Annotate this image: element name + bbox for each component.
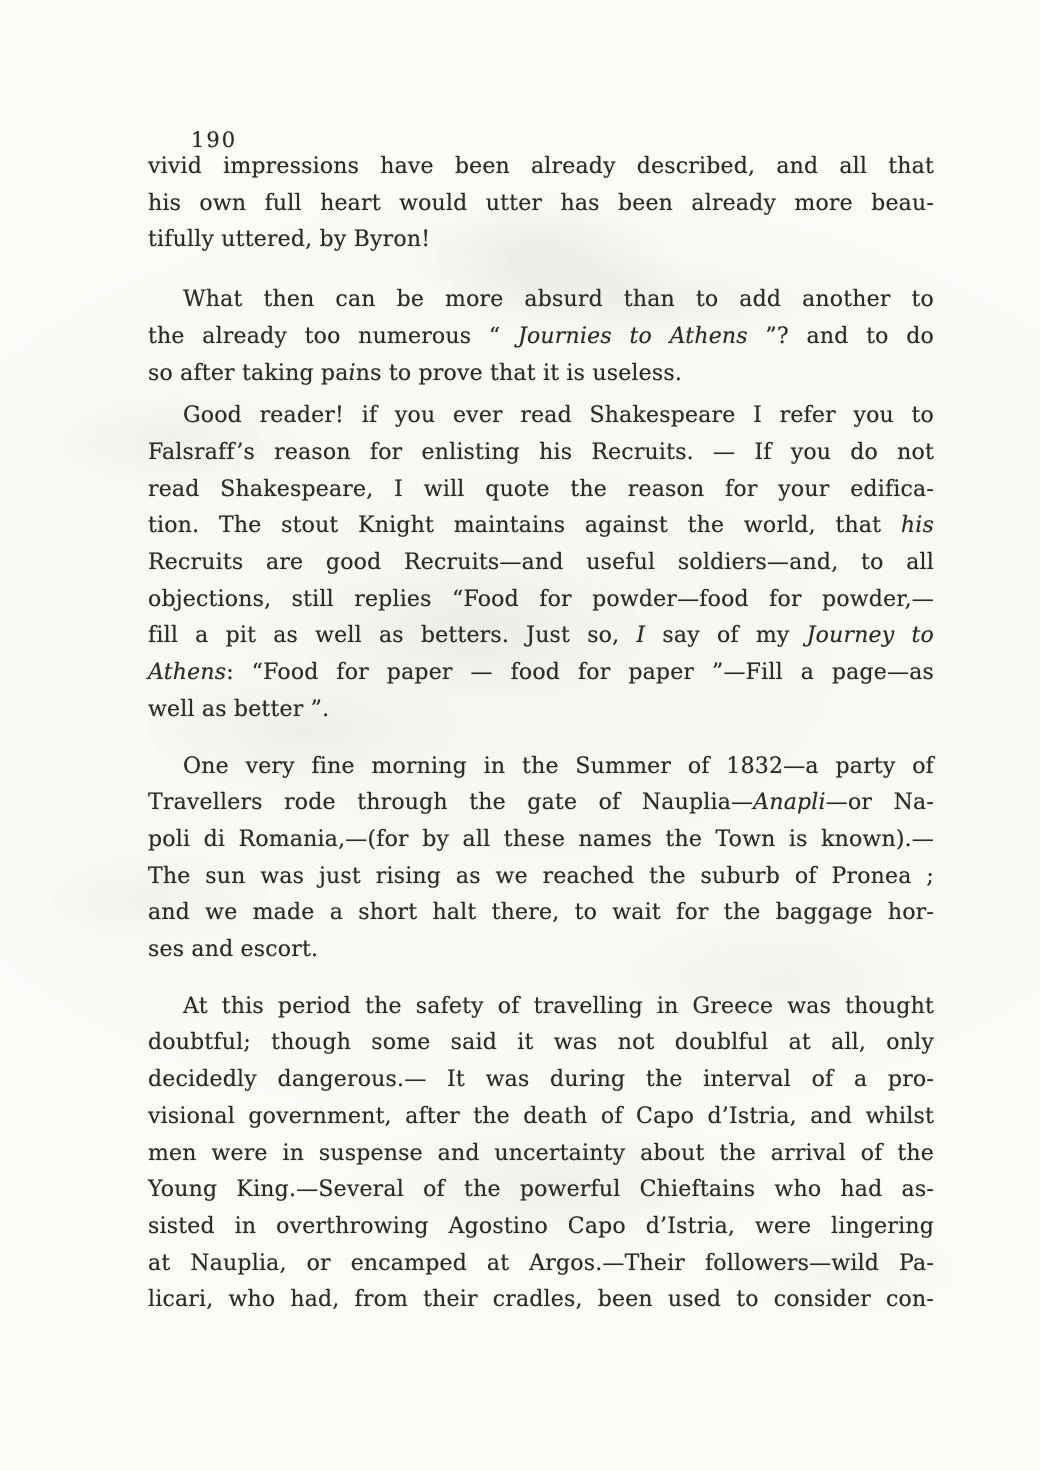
text-line: One very fine morning in the Summer of 1… [148, 749, 934, 786]
text-line: poli di Romania,—(for by all these names… [148, 822, 934, 859]
text-line: so after taking pains to prove that it i… [148, 356, 934, 393]
text-line: at Nauplia, or encamped at Argos.—Their … [148, 1246, 934, 1283]
text-segment: I [636, 623, 645, 648]
text-line: his own full heart would utter has been … [148, 186, 934, 223]
document-page: 190 vivid impressions have been already … [0, 0, 1040, 1471]
text-line: objections, still replies “Food for powd… [148, 582, 934, 619]
text-segment: i [349, 361, 356, 386]
text-segment: visional government, after the death of … [148, 1104, 934, 1129]
text-line: tifully uttered, by Byron! [148, 222, 934, 259]
text-segment: doubtful; though some said it was not do… [148, 1030, 934, 1055]
text-line: Travellers rode through the gate of Naup… [148, 785, 934, 822]
text-segment: vivid impressions have been already desc… [148, 154, 934, 179]
text-line: licari, who had, from their cradles, bee… [148, 1282, 934, 1319]
text-block: vivid impressions have been already desc… [148, 149, 934, 1319]
text-segment: tifully uttered, by Byron! [148, 227, 430, 252]
text-segment: and we made a short halt there, to wait … [148, 900, 934, 925]
text-segment: ns to prove that it is useless. [356, 361, 682, 386]
text-line: ses and escort. [148, 932, 934, 969]
paragraph: What then can be more absurd than to add… [148, 282, 934, 392]
text-line: What then can be more absurd than to add… [148, 282, 934, 319]
text-segment: licari, who had, from their cradles, bee… [148, 1287, 934, 1312]
text-line: Recruits are good Recruits—and useful so… [148, 545, 934, 582]
text-line: doubtful; though some said it was not do… [148, 1025, 934, 1062]
text-line: read Shakespeare, I will quote the reaso… [148, 472, 934, 509]
text-segment: well as better ”. [148, 697, 329, 722]
text-line: At this period the safety of travelling … [148, 989, 934, 1026]
text-segment: poli di Romania,—(for by all these names… [148, 827, 934, 852]
text-segment: say of my [645, 623, 806, 648]
text-line: Falsraff’s reason for enlisting his Recr… [148, 435, 934, 472]
paragraph: At this period the safety of travelling … [148, 989, 934, 1319]
text-line: decidedly dangerous.— It was during the … [148, 1062, 934, 1099]
text-line: the already too numerous “ Journies to A… [148, 319, 934, 356]
text-segment: his own full heart would utter has been … [148, 191, 934, 216]
paragraph: Good reader! if you ever read Shakespear… [148, 398, 934, 728]
text-segment: Journies to Athens [518, 324, 748, 349]
text-segment: read Shakespeare, I will quote the reaso… [148, 477, 934, 502]
text-line: visional government, after the death of … [148, 1099, 934, 1136]
text-line: Athens: “Food for paper — food for paper… [148, 655, 934, 692]
text-segment: ses and escort. [148, 937, 318, 962]
text-segment: Journey to [807, 623, 934, 648]
text-line: tion. The stout Knight maintains against… [148, 508, 934, 545]
text-segment: objections, still replies “Food for powd… [148, 587, 934, 612]
text-segment: so after taking pa [148, 361, 349, 386]
text-line: well as better ”. [148, 692, 934, 729]
text-segment: ”? and to do [748, 324, 934, 349]
text-line: The sun was just rising as we reached th… [148, 859, 934, 896]
text-segment: : “Food for paper — food for paper ”—Fil… [226, 660, 934, 685]
paragraph: One very fine morning in the Summer of 1… [148, 749, 934, 969]
text-segment: sisted in overthrowing Agostino Capo d’I… [148, 1214, 934, 1239]
text-segment: the already too numerous “ [148, 324, 518, 349]
text-segment: Travellers rode through the gate of Naup… [148, 790, 753, 815]
text-segment: Young King.—Several of the powerful Chie… [148, 1177, 934, 1202]
text-segment: Anapli [753, 790, 826, 815]
text-line: and we made a short halt there, to wait … [148, 895, 934, 932]
text-segment: The sun was just rising as we reached th… [148, 864, 934, 889]
text-line: vivid impressions have been already desc… [148, 149, 934, 186]
text-segment: At this period the safety of travelling … [183, 994, 934, 1019]
text-line: Young King.—Several of the powerful Chie… [148, 1172, 934, 1209]
text-segment: What then can be more absurd than to add… [183, 287, 934, 312]
text-segment: Falsraff’s reason for enlisting his Recr… [148, 440, 934, 465]
text-line: fill a pit as well as betters. Just so, … [148, 618, 934, 655]
text-line: sisted in overthrowing Agostino Capo d’I… [148, 1209, 934, 1246]
text-segment: —or Na- [826, 790, 934, 815]
text-segment: Recruits are good Recruits—and useful so… [148, 550, 934, 575]
paragraph: vivid impressions have been already desc… [148, 149, 934, 259]
text-segment: Athens [148, 660, 226, 685]
text-segment: Good reader! if you ever read Shakespear… [183, 403, 934, 428]
text-segment: One very fine morning in the Summer of 1… [183, 754, 934, 779]
text-segment: men were in suspense and uncertainty abo… [148, 1141, 934, 1166]
text-segment: fill a pit as well as betters. Just so, [148, 623, 636, 648]
text-segment: decidedly dangerous.— It was during the … [148, 1067, 934, 1092]
text-segment: tion. The stout Knight maintains against… [148, 513, 901, 538]
text-line: men were in suspense and uncertainty abo… [148, 1136, 934, 1173]
text-segment: his [901, 513, 934, 538]
text-segment: at Nauplia, or encamped at Argos.—Their … [148, 1251, 934, 1276]
text-line: Good reader! if you ever read Shakespear… [148, 398, 934, 435]
